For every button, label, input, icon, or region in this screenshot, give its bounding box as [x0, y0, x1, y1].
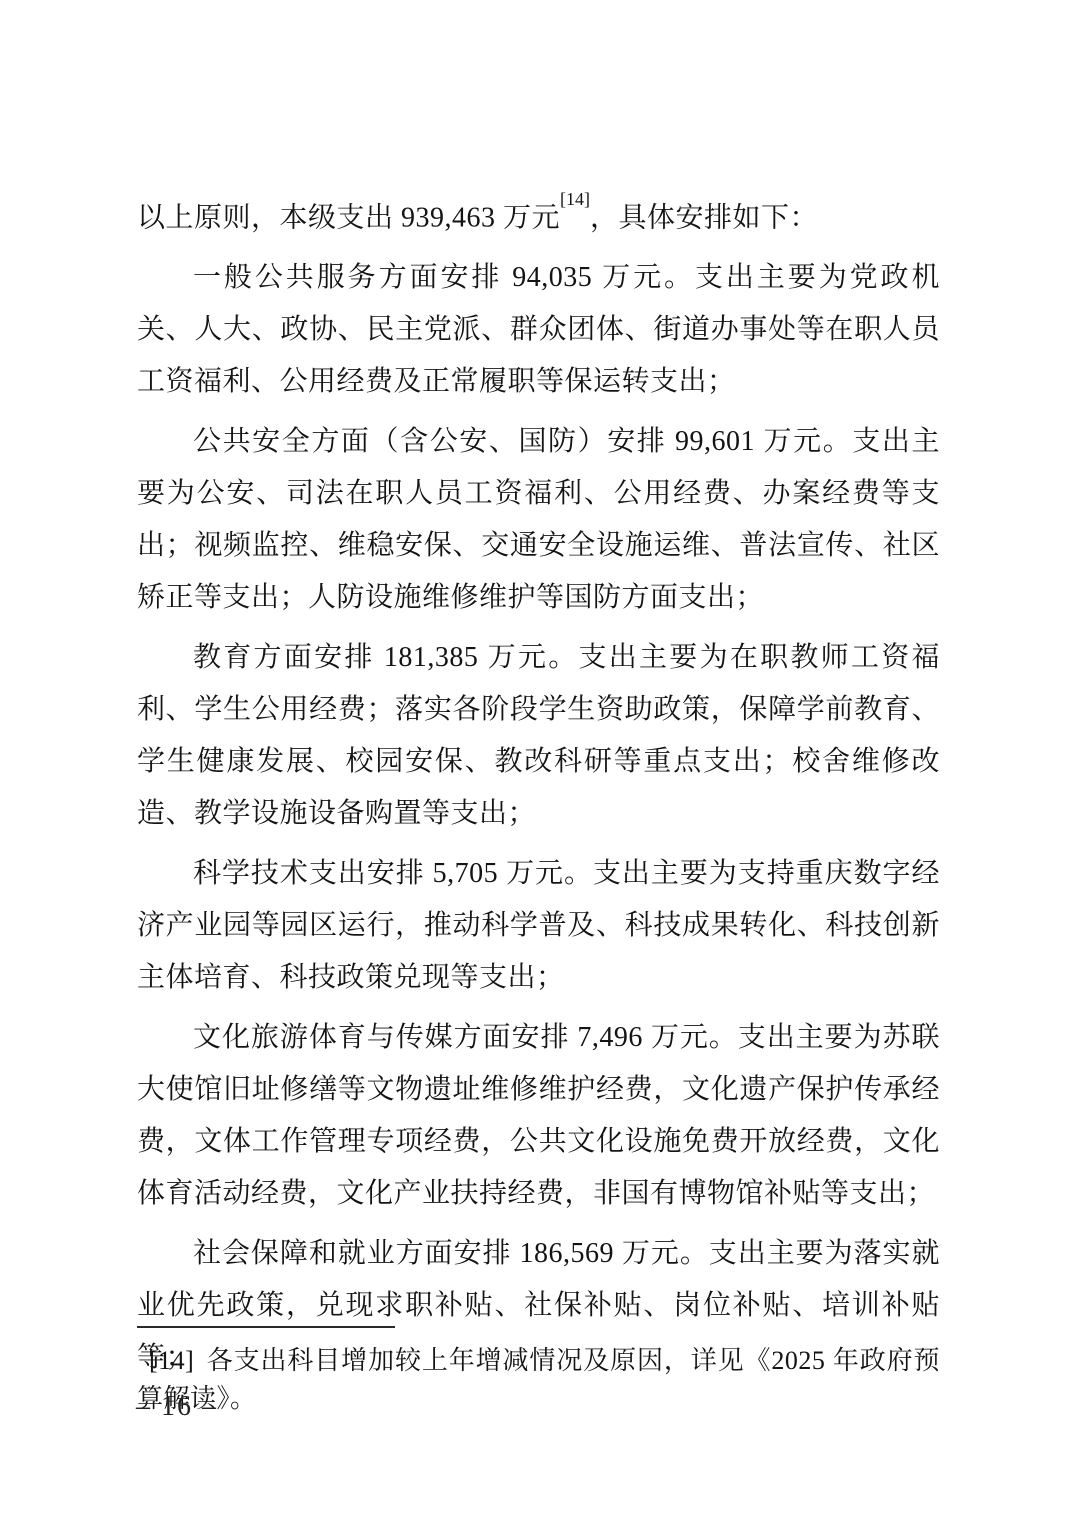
- paragraph-general-public-services: 一般公共服务方面安排 94,035 万元。支出主要为党政机关、人大、政协、民主党…: [137, 252, 940, 408]
- paragraph-culture-tourism-sports-media: 文化旅游体育与传媒方面安排 7,496 万元。支出主要为苏联大使馆旧址修缮等文物…: [137, 1012, 940, 1220]
- footnote-separator-rule: [137, 1326, 395, 1328]
- footnote-section: [14]各支出科目增加较上年增减情况及原因，详见《2025 年政府预算解读》。: [137, 1326, 940, 1418]
- footnote: [14]各支出科目增加较上年增减情况及原因，详见《2025 年政府预算解读》。: [137, 1342, 940, 1418]
- footnote-marker: [14]: [149, 1346, 194, 1375]
- paragraph-public-security: 公共安全方面（含公安、国防）安排 99,601 万元。支出主要为公安、司法在职人…: [137, 416, 940, 624]
- page-number: – 16 –: [136, 1390, 218, 1424]
- intro-text-after-ref: ，具体安排如下：: [590, 202, 818, 233]
- document-page: 以上原则，本级支出 939,463 万元[14]，具体安排如下： 一般公共服务方…: [0, 0, 1074, 1520]
- intro-text-before-ref: 以上原则，本级支出 939,463 万元: [137, 202, 560, 233]
- footnote-ref-marker: [14]: [560, 189, 590, 209]
- paragraph-education: 教育方面安排 181,385 万元。支出主要为在职教师工资福利、学生公用经费；落…: [137, 632, 940, 840]
- footnote-text: 各支出科目增加较上年增减情况及原因，详见《2025 年政府预算解读》。: [137, 1346, 940, 1413]
- paragraph-science-technology: 科学技术支出安排 5,705 万元。支出主要为支持重庆数字经济产业园等园区运行，…: [137, 848, 940, 1004]
- intro-paragraph: 以上原则，本级支出 939,463 万元[14]，具体安排如下：: [137, 184, 940, 244]
- document-body: 以上原则，本级支出 939,463 万元[14]，具体安排如下： 一般公共服务方…: [137, 184, 940, 1392]
